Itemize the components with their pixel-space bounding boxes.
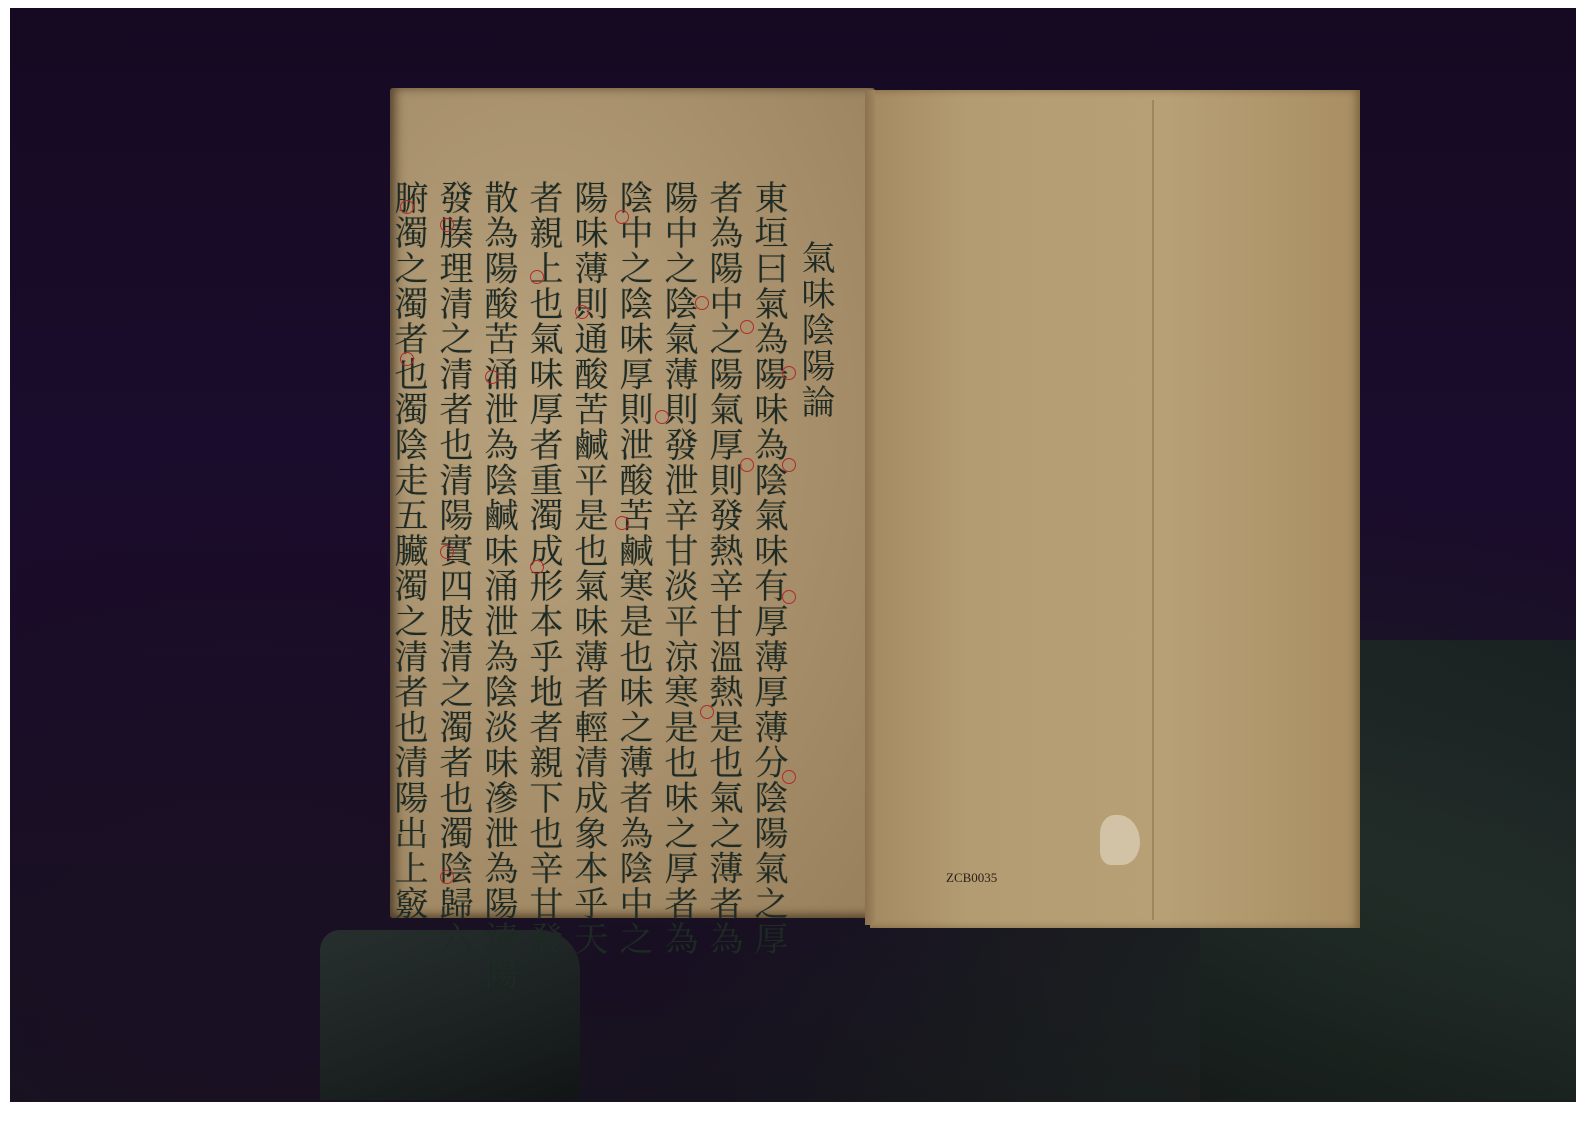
text-column-4: 陰中之陰味厚則泄酸苦鹹寒是也味之薄者為陰中之: [610, 180, 655, 992]
punctuation-circle: [615, 516, 629, 530]
punctuation-circle: [695, 296, 709, 310]
right-page-blank: [870, 90, 1360, 928]
text-column-9: 腑濁之濁者也濁陰走五臟濁之清者也清陽出上竅: [385, 180, 430, 992]
punctuation-circle: [782, 458, 796, 472]
punctuation-circle: [485, 370, 499, 384]
punctuation-circle: [440, 545, 454, 559]
text-column-5: 陽味薄則通酸苦鹹平是也氣味薄者輕清成象本乎天: [565, 180, 610, 992]
punctuation-circle: [655, 410, 669, 424]
punctuation-circle: [740, 458, 754, 472]
punctuation-circle: [575, 305, 589, 319]
punctuation-circle: [782, 366, 796, 380]
text-column-8: 發腠理清之清者也清陽實四肢清之濁者也濁陰歸六: [430, 180, 475, 992]
punctuation-circle: [400, 200, 414, 214]
document-title: 氣味陰陽論: [792, 240, 837, 420]
page-fold-line: [1152, 100, 1154, 920]
book-spine: [865, 90, 875, 925]
punctuation-circle: [440, 870, 454, 884]
punctuation-circle: [782, 770, 796, 784]
text-column-6: 者親上也氣味厚者重濁成形本乎地者親下也辛甘發: [520, 180, 565, 992]
text-column-3: 陽中之陰氣薄則發泄辛甘淡平涼寒是也味之厚者為: [655, 180, 700, 992]
punctuation-circle: [440, 218, 454, 232]
punctuation-circle: [400, 352, 414, 366]
punctuation-circle: [740, 320, 754, 334]
paper-tear: [1100, 815, 1140, 865]
punctuation-circle: [530, 270, 544, 284]
punctuation-circle: [782, 590, 796, 604]
text-column-7: 散為陽酸苦涌泄為陰鹹味涌泄為陰淡味滲泄為陽清陽: [475, 180, 520, 992]
punctuation-circle: [700, 705, 714, 719]
punctuation-circle: [530, 560, 544, 574]
catalog-id-label: ZCB0035: [946, 870, 997, 886]
text-column-1: 東垣曰氣為陽味為陰氣味有厚薄厚薄分陰陽氣之厚: [745, 180, 790, 992]
punctuation-circle: [615, 210, 629, 224]
